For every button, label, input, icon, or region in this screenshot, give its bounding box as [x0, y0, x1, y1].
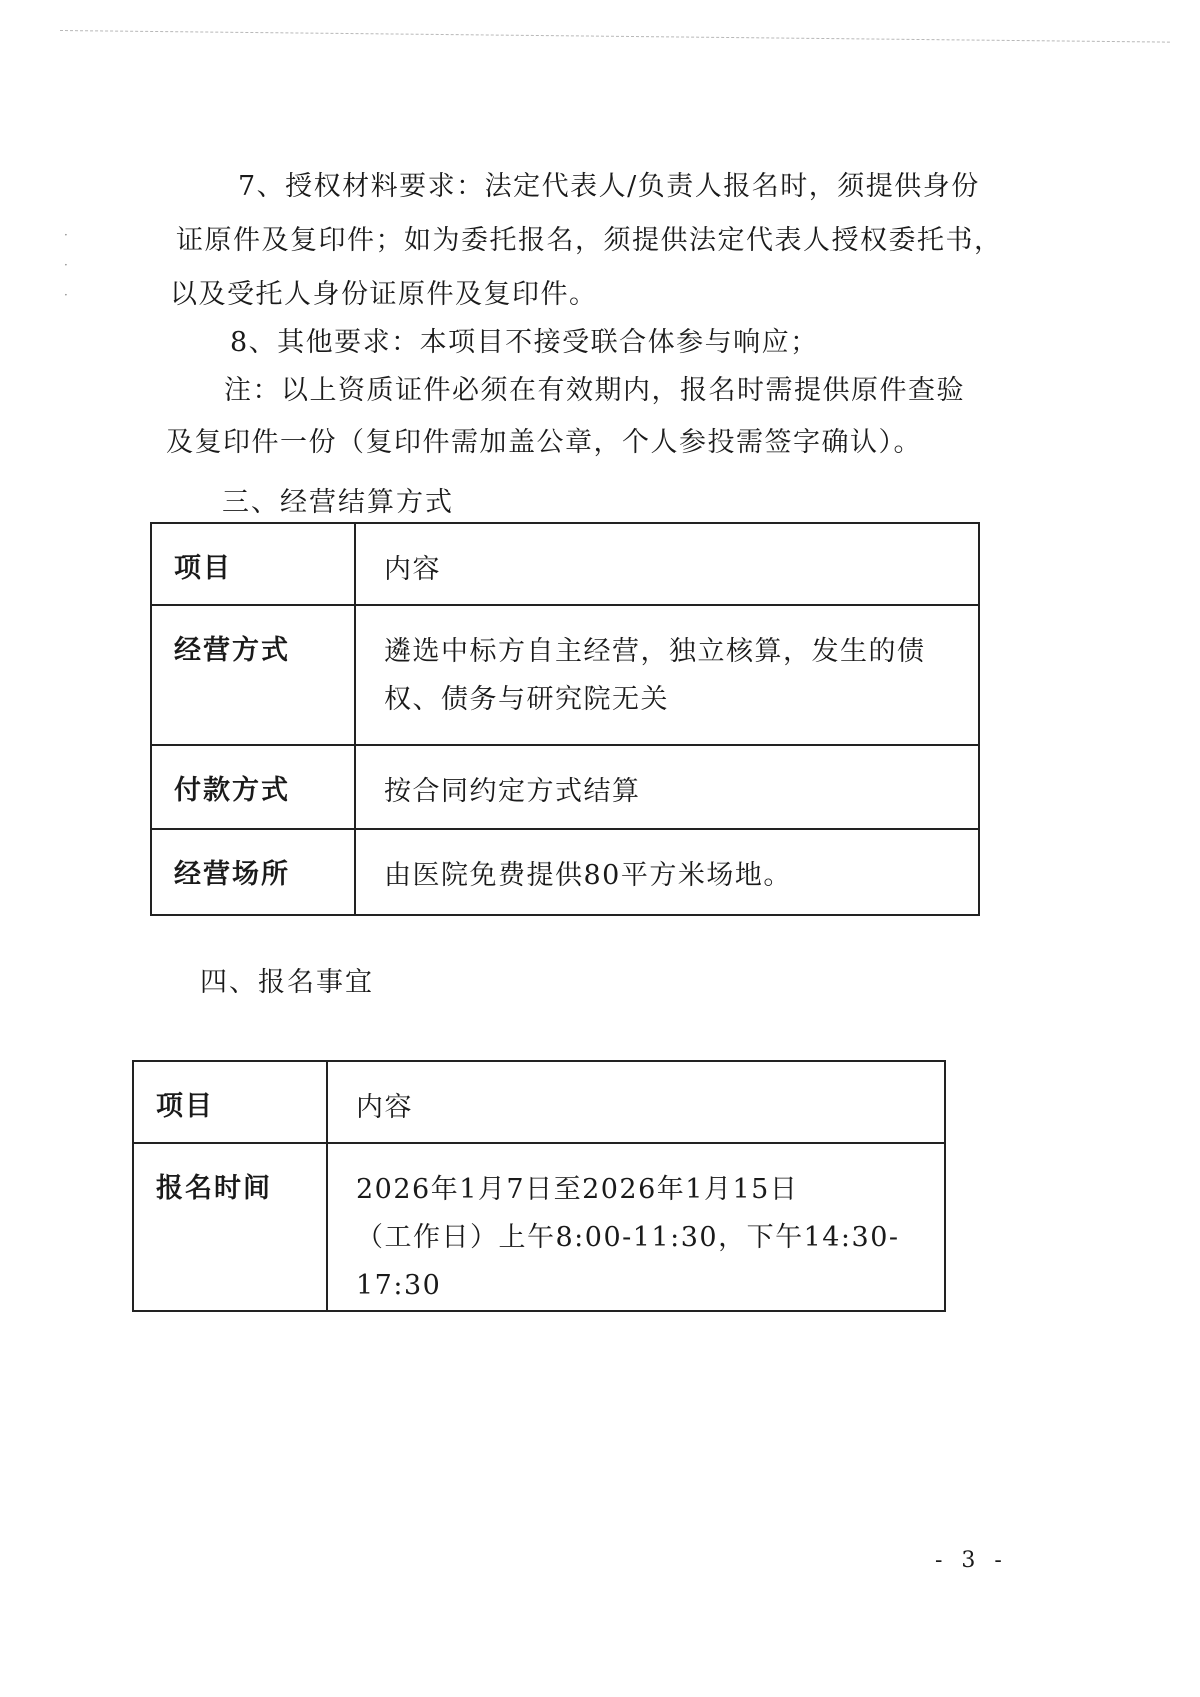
paragraph-7-line-3: 以及受托人身份证原件及复印件。 [170, 268, 598, 322]
table-row: 付款方式 按合同约定方式结算 [151, 745, 979, 829]
row-value: 由医院免费提供80平方米场地。 [355, 829, 979, 915]
row-key: 付款方式 [151, 745, 355, 829]
header-value: 内容 [355, 523, 979, 605]
row-value: 2026年1月7日至2026年1月15日 （工作日）上午8:00-11:30，下… [327, 1143, 945, 1311]
header-value: 内容 [327, 1061, 945, 1143]
section-3-heading: 三、经营结算方式 [222, 480, 454, 519]
page-number: - 3 - [935, 1548, 1008, 1573]
paragraph-7-line-2: 证原件及复印件；如为委托报名，须提供法定代表人授权委托书， [176, 214, 1003, 268]
section-4-heading: 四、报名事宜 [200, 960, 374, 999]
row-value: 遴选中标方自主经营，独立核算，发生的债权、债务与研究院无关 [355, 605, 979, 745]
row-key: 报名时间 [133, 1143, 327, 1311]
settlement-table: 项目 内容 经营方式 遴选中标方自主经营，独立核算，发生的债权、债务与研究院无关… [150, 522, 980, 916]
table-row: 报名时间 2026年1月7日至2026年1月15日 （工作日）上午8:00-11… [133, 1143, 945, 1311]
table-header-row: 项目 内容 [151, 523, 979, 605]
row-value: 按合同约定方式结算 [355, 745, 979, 829]
row-key: 经营方式 [151, 605, 355, 745]
paragraph-8: 8、其他要求：本项目不接受联合体参与响应； [230, 316, 819, 370]
note-line-1: 注：以上资质证件必须在有效期内，报名时需提供原件查验 [224, 364, 965, 418]
table-row: 经营方式 遴选中标方自主经营，独立核算，发生的债权、债务与研究院无关 [151, 605, 979, 745]
note-line-2: 及复印件一份（复印件需加盖公章，个人参投需签字确认）。 [166, 416, 922, 470]
registration-date-range: 2026年1月7日至2026年1月15日 [356, 1166, 944, 1214]
registration-table: 项目 内容 报名时间 2026年1月7日至2026年1月15日 （工作日）上午8… [132, 1060, 946, 1312]
row-key: 经营场所 [151, 829, 355, 915]
paragraph-7-line-1: 7、授权材料要求：法定代表人/负责人报名时，须提供身份 [238, 160, 980, 214]
scan-artifact-line [60, 30, 1170, 43]
table-row: 经营场所 由医院免费提供80平方米场地。 [151, 829, 979, 915]
header-key: 项目 [151, 523, 355, 605]
table-header-row: 项目 内容 [133, 1061, 945, 1143]
header-key: 项目 [133, 1061, 327, 1143]
scan-margin-marks: ··· [64, 220, 68, 310]
registration-hours: （工作日）上午8:00-11:30，下午14:30-17:30 [356, 1214, 944, 1310]
